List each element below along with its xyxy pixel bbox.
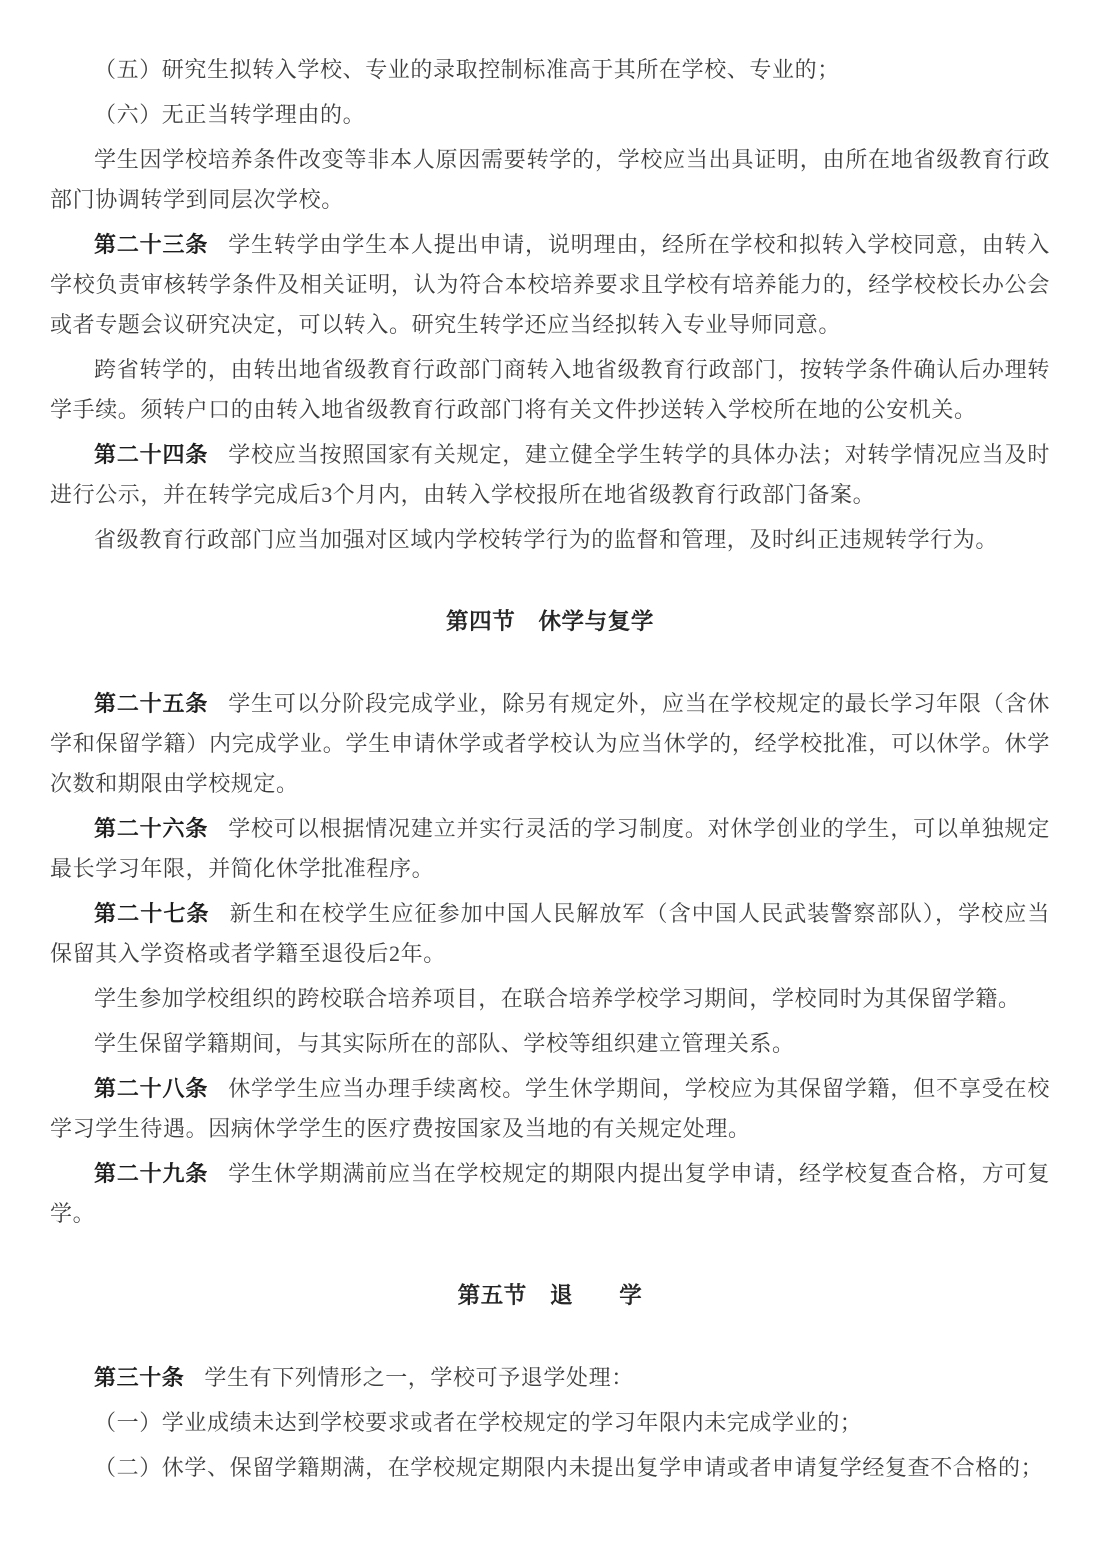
paragraph: （二）休学、保留学籍期满，在学校规定期限内未提出复学申请或者申请复学经复查不合格… xyxy=(50,1448,1050,1488)
document-page: （五）研究生拟转入学校、专业的录取控制标准高于其所在学校、专业的；（六）无正当转… xyxy=(0,0,1102,1559)
paragraph: 跨省转学的，由转出地省级教育行政部门商转入地省级教育行政部门，按转学条件确认后办… xyxy=(50,350,1050,430)
paragraph: 学生因学校培养条件改变等非本人原因需要转学的，学校应当出具证明，由所在地省级教育… xyxy=(50,140,1050,220)
article-paragraph: 第二十七条新生和在校学生应征参加中国人民解放军（含中国人民武装警察部队），学校应… xyxy=(50,894,1050,974)
article-text: 学生有下列情形之一，学校可予退学处理： xyxy=(204,1365,633,1390)
document-body: （五）研究生拟转入学校、专业的录取控制标准高于其所在学校、专业的；（六）无正当转… xyxy=(50,50,1050,1488)
article-paragraph: 第三十条学生有下列情形之一，学校可予退学处理： xyxy=(50,1358,1050,1398)
paragraph: （一）学业成绩未达到学校要求或者在学校规定的学习年限内未完成学业的； xyxy=(50,1403,1050,1443)
article-paragraph: 第二十八条休学学生应当办理手续离校。学生休学期间，学校应为其保留学籍，但不享受在… xyxy=(50,1069,1050,1149)
article-number: 第二十六条 xyxy=(94,816,208,841)
paragraph: （六）无正当转学理由的。 xyxy=(50,95,1050,135)
article-paragraph: 第二十九条学生休学期满前应当在学校规定的期限内提出复学申请，经学校复查合格，方可… xyxy=(50,1154,1050,1234)
article-paragraph: 第二十五条学生可以分阶段完成学业，除另有规定外，应当在学校规定的最长学习年限（含… xyxy=(50,684,1050,804)
paragraph: 学生保留学籍期间，与其实际所在的部队、学校等组织建立管理关系。 xyxy=(50,1024,1050,1064)
section-heading: 第四节 休学与复学 xyxy=(50,602,1050,642)
paragraph: 省级教育行政部门应当加强对区域内学校转学行为的监督和管理，及时纠正违规转学行为。 xyxy=(50,520,1050,560)
article-number: 第二十三条 xyxy=(94,232,208,257)
article-paragraph: 第二十六条学校可以根据情况建立并实行灵活的学习制度。对休学创业的学生，可以单独规… xyxy=(50,809,1050,889)
paragraph: 学生参加学校组织的跨校联合培养项目，在联合培养学校学习期间，学校同时为其保留学籍… xyxy=(50,979,1050,1019)
article-paragraph: 第二十四条学校应当按照国家有关规定，建立健全学生转学的具体办法；对转学情况应当及… xyxy=(50,435,1050,515)
section-heading: 第五节 退 学 xyxy=(50,1276,1050,1316)
article-number: 第二十八条 xyxy=(94,1076,208,1101)
article-number: 第二十七条 xyxy=(94,901,210,926)
article-number: 第三十条 xyxy=(94,1365,184,1390)
paragraph: （五）研究生拟转入学校、专业的录取控制标准高于其所在学校、专业的； xyxy=(50,50,1050,90)
article-paragraph: 第二十三条学生转学由学生本人提出申请，说明理由，经所在学校和拟转入学校同意，由转… xyxy=(50,225,1050,345)
article-number: 第二十五条 xyxy=(94,691,208,716)
article-number: 第二十九条 xyxy=(94,1161,208,1186)
article-number: 第二十四条 xyxy=(94,442,208,467)
